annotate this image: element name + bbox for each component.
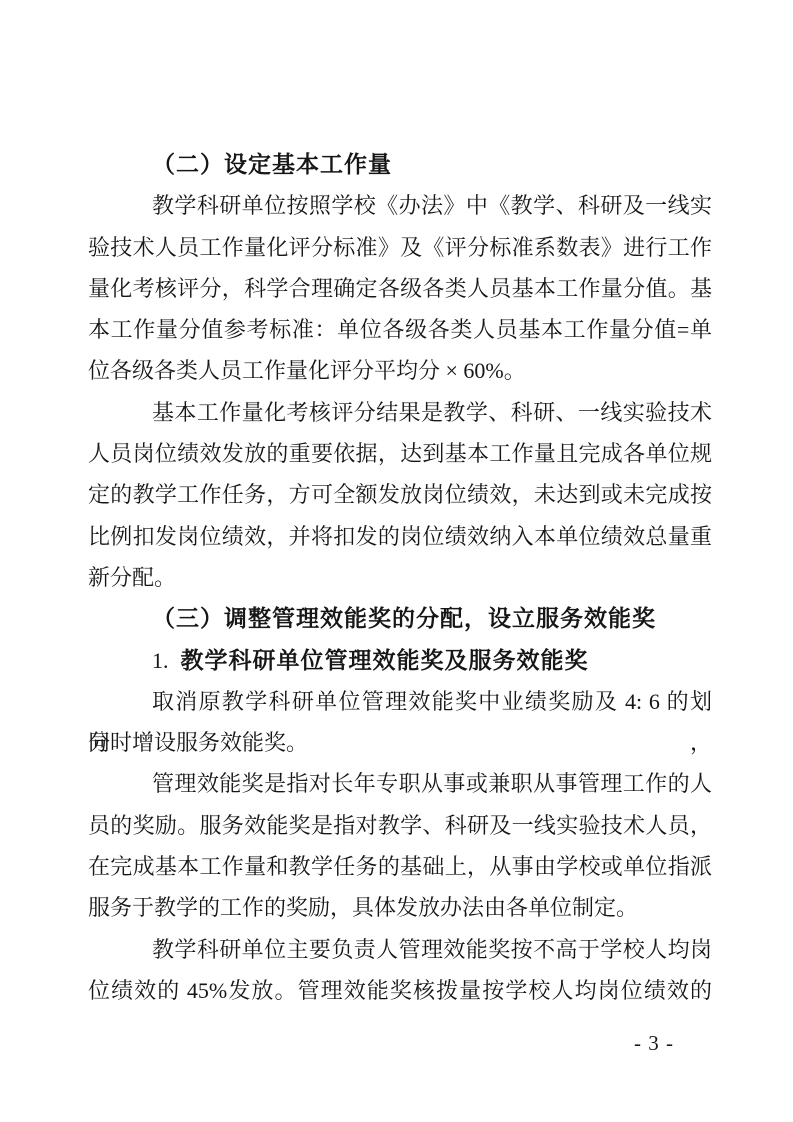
document-page: （二）设定基本工作量 教学科研单位按照学校《办法》中《教学、科研及一线实 验技术… — [0, 0, 793, 1122]
subsection-number: 1. — [152, 648, 181, 673]
text-line: 验技术人员工作量化评分标准》及《评分标准系数表》进行工作 — [88, 227, 712, 268]
text-line: 定的教学工作任务，方可全额发放岗位绩效，未达到或未完成按 — [88, 474, 712, 515]
text-line: 量化考核评分，科学合理确定各级各类人员基本工作量分值。基 — [88, 268, 712, 309]
section-heading: （二）设定基本工作量 — [88, 144, 712, 185]
text-line: 在完成基本工作量和教学任务的基础上，从事由学校或单位指派 — [88, 846, 712, 887]
text-line: 取消原教学科研单位管理效能奖中业绩奖励及 4: 6 的划分， — [88, 681, 712, 722]
text-line: 位各级各类人员工作量化评分平均分 × 60%。 — [88, 350, 712, 391]
subsection-title: 教学科研单位管理效能奖及服务效能奖 — [181, 648, 589, 673]
text-line: 管理效能奖是指对长年专职从事或兼职从事管理工作的人 — [88, 763, 712, 804]
text-line: 本工作量分值参考标准：单位各级各类人员基本工作量分值=单 — [88, 309, 712, 350]
page-number: - 3 - — [634, 1030, 674, 1056]
text-line: 教学科研单位按照学校《办法》中《教学、科研及一线实 — [88, 185, 712, 226]
text-line: 位绩效的 45%发放。管理效能奖核拨量按学校人均岗位绩效的 — [88, 970, 712, 1011]
text-line: 服务于教学的工作的奖励，具体发放办法由各单位制定。 — [88, 887, 712, 928]
text-line: 人员岗位绩效发放的重要依据，达到基本工作量且完成各单位规 — [88, 433, 712, 474]
document-body: （二）设定基本工作量 教学科研单位按照学校《办法》中《教学、科研及一线实 验技术… — [88, 144, 712, 1011]
text-line: 基本工作量化考核评分结果是教学、科研、一线实验技术 — [88, 392, 712, 433]
subsection-heading: 1.教学科研单位管理效能奖及服务效能奖 — [88, 640, 712, 681]
text-line: 比例扣发岗位绩效，并将扣发的岗位绩效纳入本单位绩效总量重 — [88, 516, 712, 557]
text-line: 员的奖励。服务效能奖是指对教学、科研及一线实验技术人员， — [88, 805, 712, 846]
text-line: 新分配。 — [88, 557, 712, 598]
text-line: 教学科研单位主要负责人管理效能奖按不高于学校人均岗 — [88, 929, 712, 970]
section-heading: （三）调整管理效能奖的分配，设立服务效能奖 — [88, 598, 712, 639]
